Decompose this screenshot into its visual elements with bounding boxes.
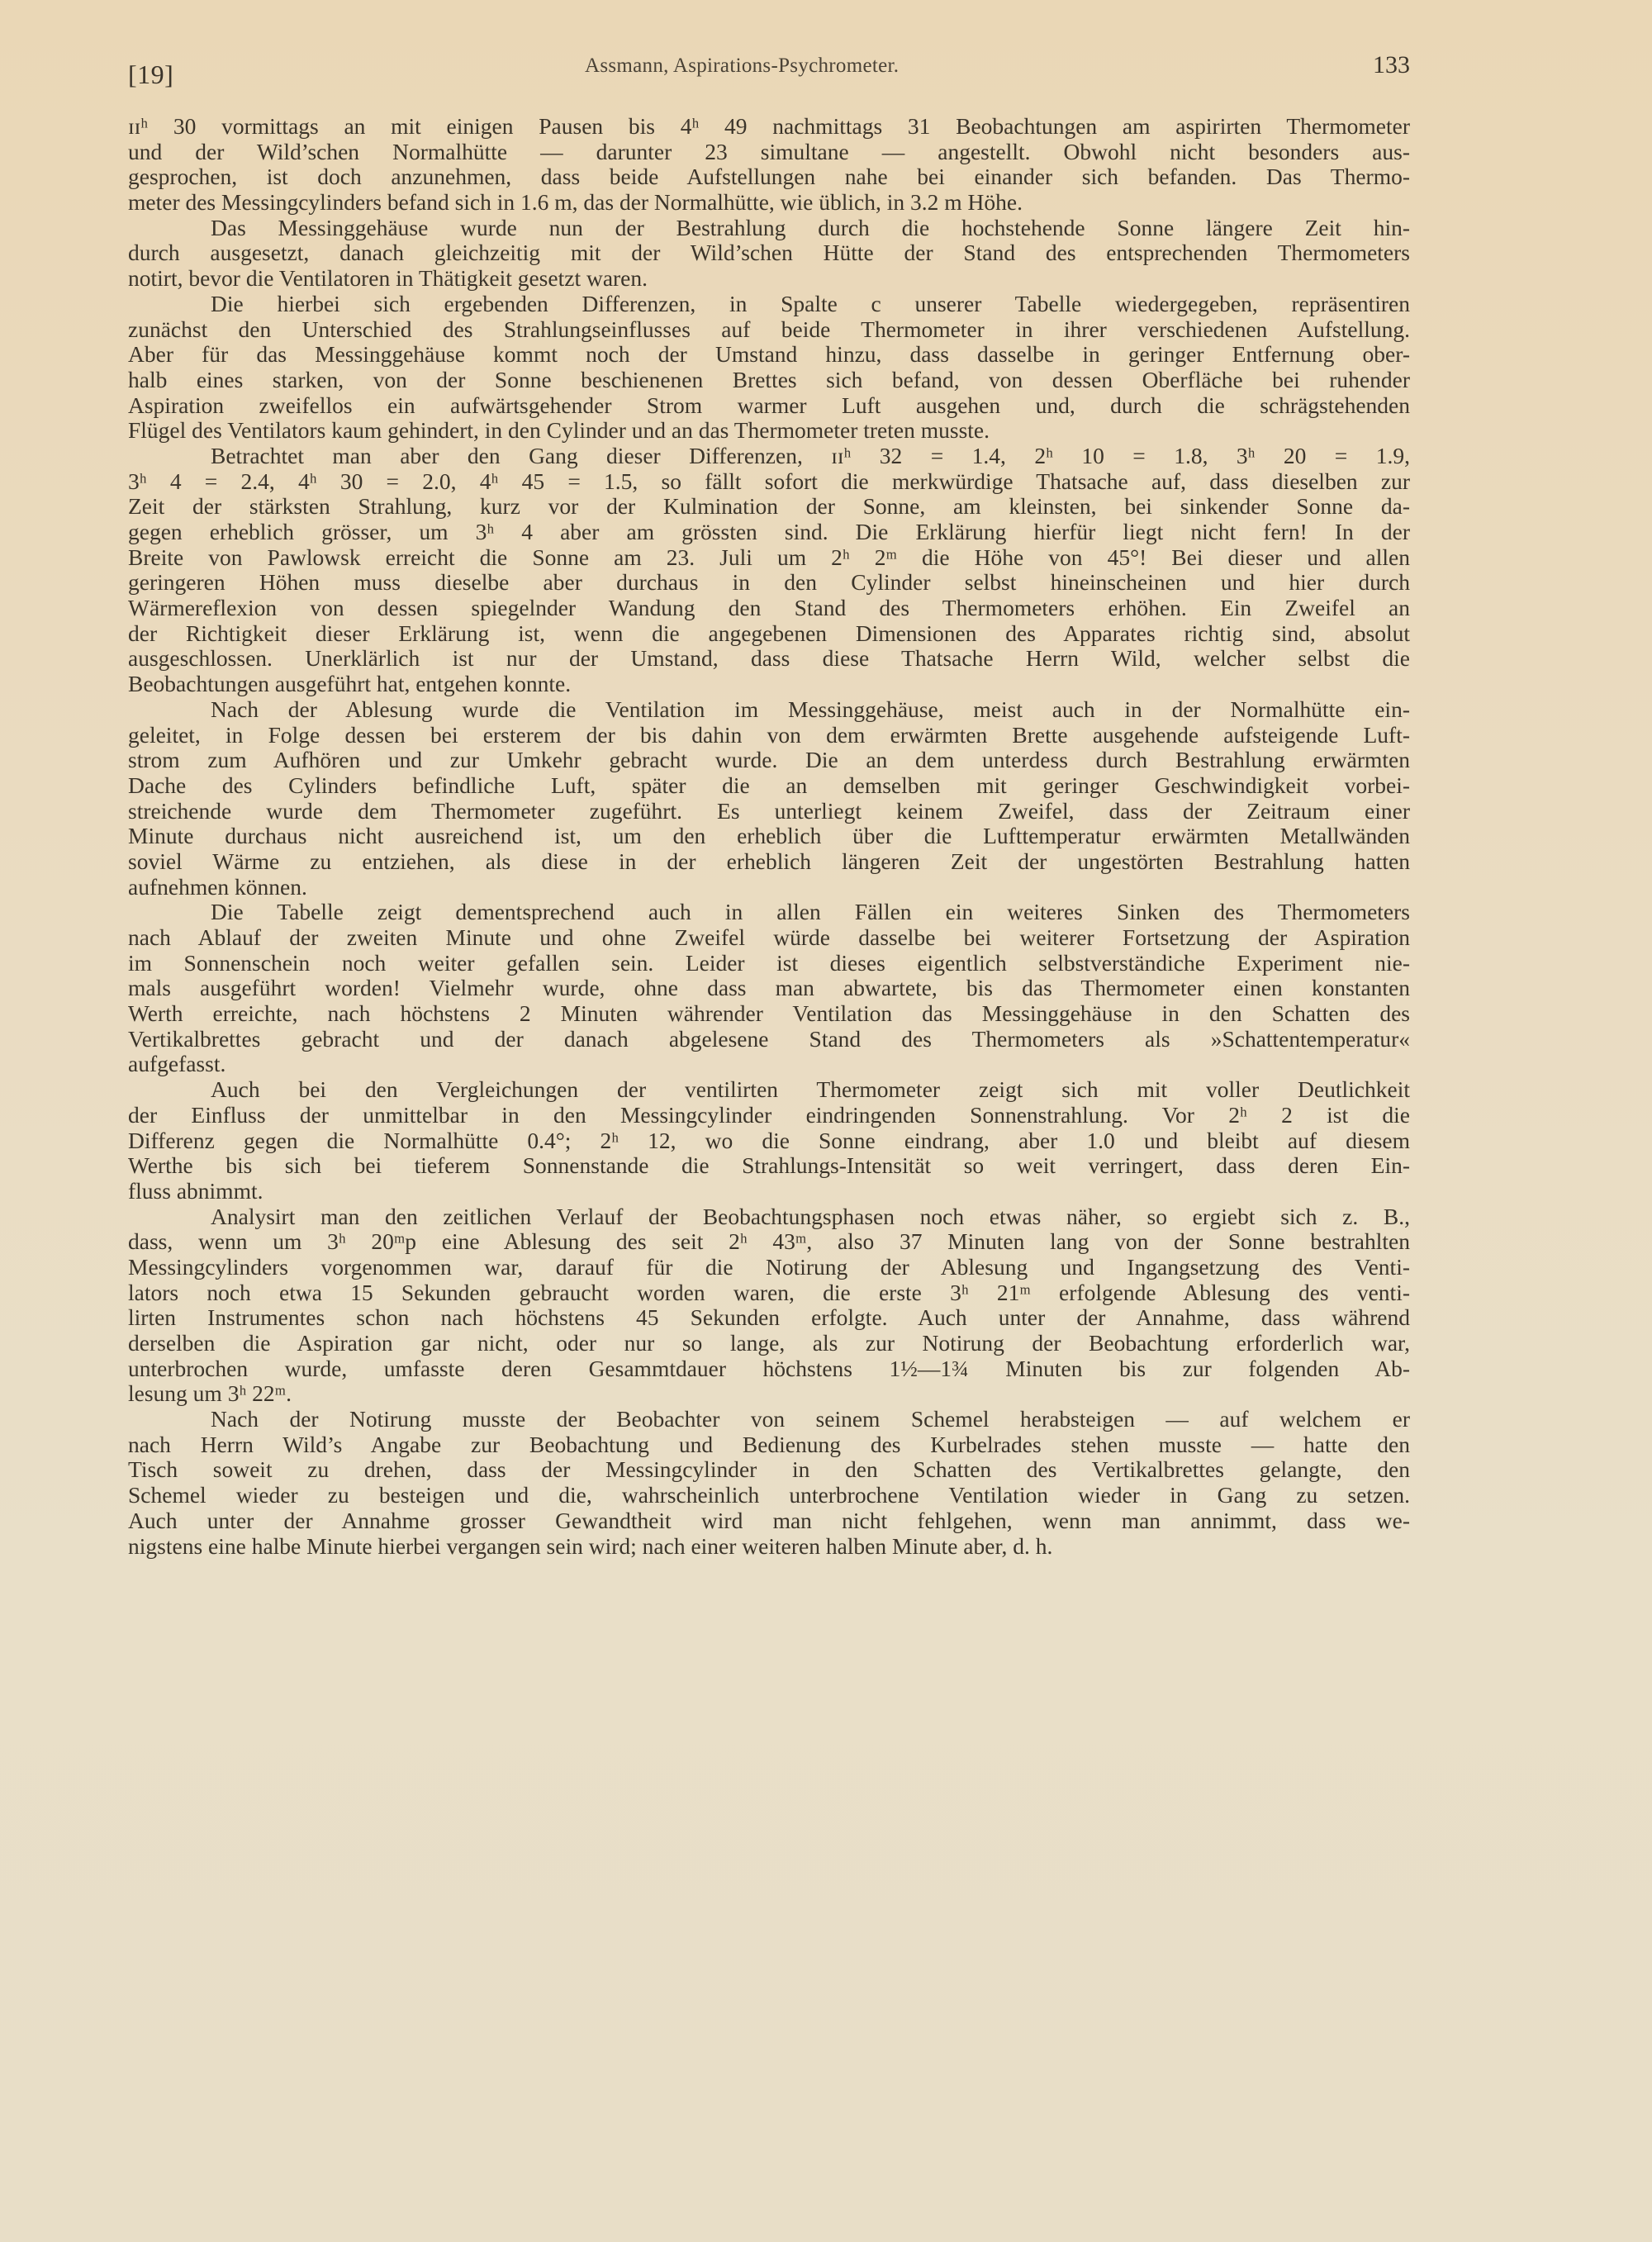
text-line: im Sonnenschein noch weiter gefallen sei…	[128, 951, 1410, 976]
text-line: Dache des Cylinders befindliche Luft, sp…	[128, 773, 1410, 799]
running-header: [19] Assmann, Aspirations-Psychrometer. …	[128, 51, 1410, 93]
text-line: Analysirt man den zeitlichen Verlauf der…	[128, 1204, 1410, 1230]
text-line: lirten Instrumentes schon nach höchstens…	[128, 1305, 1410, 1331]
paragraph: Betrachtet man aber den Gang dieser Diff…	[128, 444, 1410, 697]
page-reference: [19]	[128, 59, 173, 90]
text-line: Das Messinggehäuse wurde nun der Bestrah…	[128, 216, 1410, 241]
text-line: zunächst den Unterschied des Strahlungse…	[128, 317, 1410, 343]
text-line: soviel Wärme zu entziehen, als diese in …	[128, 849, 1410, 875]
text-line: Auch unter der Annahme grosser Gewandthe…	[128, 1508, 1410, 1534]
text-line: Auch bei den Vergleichungen der ventilir…	[128, 1077, 1410, 1103]
paragraph: Nach der Notirung musste der Beobachter …	[128, 1407, 1410, 1559]
text-line: streichende wurde dem Thermometer zugefü…	[128, 799, 1410, 824]
text-line: Beobachtungen ausgeführt hat, entgehen k…	[128, 672, 1410, 697]
text-line: Flügel des Ventilators kaum gehindert, i…	[128, 418, 1410, 444]
text-line: geleitet, in Folge dessen bei ersterem d…	[128, 723, 1410, 748]
text-line: Differenz gegen die Normalhütte 0.4°; 2ʰ…	[128, 1128, 1410, 1154]
text-line: mals ausgeführt worden! Vielmehr wurde, …	[128, 976, 1410, 1001]
text-line: fluss abnimmt.	[128, 1179, 1410, 1204]
text-line: Wärmereflexion von dessen spiegelnder Wa…	[128, 596, 1410, 621]
paragraph: Analysirt man den zeitlichen Verlauf der…	[128, 1204, 1410, 1408]
text-line: ɪɪʰ 30 vormittags an mit einigen Pausen …	[128, 114, 1410, 140]
text-line: halb eines starken, von der Sonne beschi…	[128, 368, 1410, 393]
text-line: notirt, bevor die Ventilatoren in Thätig…	[128, 266, 1410, 292]
paragraph: Auch bei den Vergleichungen der ventilir…	[128, 1077, 1410, 1204]
text-line: lators noch etwa 15 Sekunden gebraucht w…	[128, 1280, 1410, 1306]
text-line: Zeit der stärksten Strahlung, kurz vor d…	[128, 494, 1410, 520]
text-line: Aber für das Messinggehäuse kommt noch d…	[128, 342, 1410, 368]
body-text: ɪɪʰ 30 vormittags an mit einigen Pausen …	[128, 114, 1410, 1559]
text-line: Werthe bis sich bei tieferem Sonnenstand…	[128, 1153, 1410, 1179]
text-line: Aspiration zweifellos ein aufwärtsgehend…	[128, 393, 1410, 419]
text-line: und der Wild’schen Normalhütte — darunte…	[128, 140, 1410, 165]
text-line: Minute durchaus nicht ausreichend ist, u…	[128, 824, 1410, 849]
page-number: 133	[1373, 51, 1410, 79]
text-line: strom zum Aufhören und zur Umkehr gebrac…	[128, 748, 1410, 773]
text-line: Tisch soweit zu drehen, dass der Messing…	[128, 1457, 1410, 1483]
text-line: der Einfluss der unmittelbar in den Mess…	[128, 1103, 1410, 1128]
text-line: durch ausgesetzt, danach gleichzeitig mi…	[128, 240, 1410, 266]
text-line: geringeren Höhen muss dieselbe aber durc…	[128, 570, 1410, 596]
text-line: unterbrochen wurde, umfasste deren Gesam…	[128, 1356, 1410, 1382]
text-line: Betrachtet man aber den Gang dieser Diff…	[128, 444, 1410, 469]
paragraph: Nach der Ablesung wurde die Ventilation …	[128, 697, 1410, 900]
text-line: Vertikalbrettes gebracht und der danach …	[128, 1027, 1410, 1052]
text-line: Nach der Ablesung wurde die Ventilation …	[128, 697, 1410, 723]
text-line: Die Tabelle zeigt dementsprechend auch i…	[128, 900, 1410, 925]
paragraph: Die Tabelle zeigt dementsprechend auch i…	[128, 900, 1410, 1077]
text-line: Schemel wieder zu besteigen und die, wah…	[128, 1483, 1410, 1508]
text-line: 3ʰ 4 = 2.4, 4ʰ 30 = 2.0, 4ʰ 45 = 1.5, so…	[128, 469, 1410, 495]
text-line: Die hierbei sich ergebenden Differenzen,…	[128, 292, 1410, 317]
text-line: Nach der Notirung musste der Beobachter …	[128, 1407, 1410, 1432]
text-line: Breite von Pawlowsk erreicht die Sonne a…	[128, 545, 1410, 571]
text-line: lesung um 3ʰ 22ᵐ.	[128, 1381, 1410, 1407]
text-line: gegen erheblich grösser, um 3ʰ 4 aber am…	[128, 520, 1410, 545]
text-line: meter des Messingcylinders befand sich i…	[128, 190, 1410, 216]
text-line: Werth erreichte, nach höchstens 2 Minute…	[128, 1001, 1410, 1027]
text-line: nach Ablauf der zweiten Minute und ohne …	[128, 925, 1410, 951]
paragraph: Die hierbei sich ergebenden Differenzen,…	[128, 292, 1410, 444]
text-line: aufnehmen können.	[128, 875, 1410, 900]
text-line: ausgeschlossen. Unerklärlich ist nur der…	[128, 646, 1410, 672]
text-line: dass, wenn um 3ʰ 20ᵐp eine Ablesung des …	[128, 1229, 1410, 1255]
text-line: aufgefasst.	[128, 1052, 1410, 1077]
paragraph: Das Messinggehäuse wurde nun der Bestrah…	[128, 216, 1410, 292]
running-title: Assmann, Aspirations-Psychrometer.	[585, 55, 899, 78]
text-line: nigstens eine halbe Minute hierbei verga…	[128, 1534, 1410, 1560]
text-line: der Richtigkeit dieser Erklärung ist, we…	[128, 621, 1410, 647]
text-line: nach Herrn Wild’s Angabe zur Beobachtung…	[128, 1432, 1410, 1458]
text-line: Messingcylinders vorgenommen war, darauf…	[128, 1255, 1410, 1280]
paragraph: ɪɪʰ 30 vormittags an mit einigen Pausen …	[128, 114, 1410, 216]
text-line: derselben die Aspiration gar nicht, oder…	[128, 1331, 1410, 1356]
text-line: gesprochen, ist doch anzunehmen, dass be…	[128, 164, 1410, 190]
